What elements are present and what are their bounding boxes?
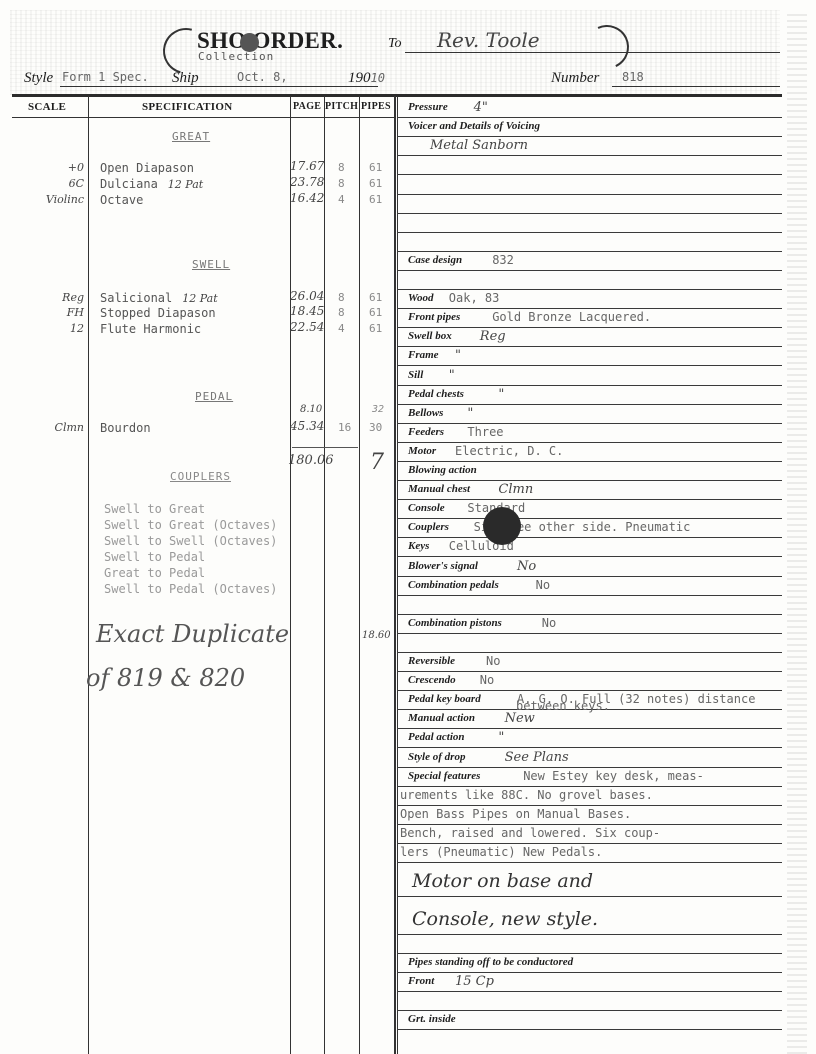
coupler-item: Great to Pedal	[104, 566, 205, 580]
detail-label: Pedal chests	[408, 388, 464, 400]
stop-page: 26.04	[290, 289, 324, 303]
column-header-underline	[12, 117, 394, 118]
detail-row	[397, 327, 782, 346]
to-underline	[405, 52, 780, 53]
column-divider	[359, 96, 360, 1054]
detail-value[interactable]: 15 Cp	[455, 974, 494, 989]
detail-value[interactable]: Electric, D. C.	[455, 444, 563, 458]
detail-label: Motor	[408, 445, 436, 457]
detail-row	[397, 174, 782, 193]
column-divider	[324, 96, 325, 1054]
section-heading-swell: SWELL	[192, 258, 230, 271]
stop-page: 18.45	[290, 304, 324, 318]
detail-value[interactable]: Gold Bronze Lacquered.	[492, 310, 651, 324]
detail-value-continued[interactable]: between keys.	[516, 699, 610, 713]
detail-value[interactable]: Oak, 83	[449, 291, 500, 305]
detail-value[interactable]: lers (Pneumatic) New Pedals.	[400, 845, 602, 859]
detail-value[interactable]: No	[542, 616, 556, 630]
detail-value[interactable]: No	[517, 559, 536, 574]
section-heading-great: GREAT	[172, 130, 210, 143]
detail-row	[397, 423, 782, 442]
handwritten-note: Exact Duplicate	[96, 620, 289, 648]
detail-label: Front	[408, 975, 434, 987]
year-value: 10	[371, 71, 385, 85]
punch-hole-icon	[483, 507, 521, 545]
column-header-pipes: PIPES	[361, 101, 391, 112]
column-header-page: PAGE	[293, 101, 321, 112]
detail-value[interactable]: 832	[492, 253, 514, 267]
detail-row	[397, 213, 782, 232]
style-underline	[60, 86, 378, 87]
stop-pipes: 61	[369, 322, 382, 335]
detail-row	[397, 194, 782, 213]
stop-scale: Reg	[12, 291, 84, 304]
detail-label: Front pipes	[408, 311, 460, 323]
year-field[interactable]: 19010	[348, 70, 385, 87]
detail-value[interactable]: "	[467, 406, 473, 421]
detail-value[interactable]: No	[486, 654, 500, 668]
detail-value[interactable]: Three	[467, 425, 503, 439]
stop-scale: 12	[12, 322, 84, 335]
detail-label: Blower's signal	[408, 560, 478, 572]
stop-name: Open Diapason	[100, 161, 194, 175]
detail-label: Reversible	[408, 655, 455, 667]
coupler-item: Swell to Pedal	[104, 550, 205, 564]
detail-value[interactable]: Metal Sanborn	[430, 138, 528, 153]
detail-value[interactable]: New Estey key desk, meas-	[523, 769, 704, 783]
stop-scale: Clmn	[12, 421, 84, 434]
stop-scale: FH	[12, 306, 84, 319]
detail-label: Pressure	[408, 101, 448, 113]
stop-page: 45.34	[290, 419, 324, 433]
detail-row	[397, 633, 782, 652]
stop-note: 12 Pat	[182, 292, 217, 305]
stop-page: 22.54	[290, 320, 324, 334]
detail-label: Style of drop	[408, 751, 465, 763]
stop-pitch: 8	[338, 177, 345, 190]
coupler-item: Swell to Great	[104, 502, 205, 516]
detail-row	[397, 270, 782, 289]
detail-value[interactable]: "	[449, 368, 455, 383]
detail-row	[397, 404, 782, 423]
stop-name: Bourdon	[100, 421, 151, 435]
detail-row	[397, 98, 782, 117]
totals-rule	[292, 447, 358, 448]
number-label: Number	[551, 70, 599, 87]
column-divider	[290, 96, 291, 1054]
stop-pitch: 8	[338, 161, 345, 174]
detail-value[interactable]: 4"	[474, 100, 488, 115]
stop-pipes: 30	[369, 421, 382, 434]
shop-order-form: SHO ORDER. Collection To Rev. Toole Styl…	[0, 0, 816, 1054]
style-label: Style	[24, 70, 53, 87]
detail-value[interactable]: See Plans	[505, 750, 569, 765]
detail-label: Swell box	[408, 330, 452, 342]
stop-name: Dulciana12 Pat	[100, 177, 203, 191]
stop-pipes-subtotal: 32	[372, 404, 384, 415]
detail-label: Special features	[408, 770, 480, 782]
detail-value[interactable]: No	[480, 673, 494, 687]
pipes-total: 7	[370, 450, 384, 475]
detail-label: Keys	[408, 540, 429, 552]
detail-row	[397, 155, 782, 174]
detail-label: Case design	[408, 254, 462, 266]
column-header-specification: SPECIFICATION	[142, 101, 233, 113]
detail-label: Grt. inside	[408, 1013, 456, 1025]
detail-label: Blowing action	[408, 464, 477, 476]
to-field[interactable]: Rev. Toole	[437, 28, 540, 52]
detail-label: Voicer and Details of Voicing	[408, 120, 540, 132]
detail-row	[397, 595, 782, 614]
stop-pitch: 4	[338, 193, 345, 206]
ship-label: Ship	[172, 70, 199, 87]
detail-label: Console	[408, 502, 445, 514]
ship-field[interactable]: Oct. 8,	[237, 70, 288, 84]
column-header-pitch: PITCH	[325, 101, 358, 112]
detail-value[interactable]: "	[498, 387, 504, 402]
detail-label: Frame	[408, 349, 439, 361]
to-label: To	[388, 36, 402, 52]
detail-label: Pedal key board	[408, 693, 481, 705]
detail-label: Bellows	[408, 407, 443, 419]
detail-label: Manual chest	[408, 483, 470, 495]
stop-page: 23.78	[290, 175, 324, 189]
stop-pitch: 16	[338, 421, 351, 434]
column-header-scale: SCALE	[28, 101, 66, 113]
detail-value[interactable]: No	[536, 578, 550, 592]
section-heading-couplers: COUPLERS	[170, 470, 231, 483]
detail-label: Couplers	[408, 521, 449, 533]
stop-pitch: 4	[338, 322, 345, 335]
stop-pipes: 61	[369, 306, 382, 319]
section-heading-pedal: PEDAL	[195, 390, 233, 403]
detail-row-rule	[397, 1029, 782, 1030]
coupler-item: Swell to Swell (Octaves)	[104, 534, 277, 548]
detail-label: Combination pedals	[408, 579, 499, 591]
typed-sub-label: Collection	[198, 50, 274, 63]
detail-value[interactable]: New	[505, 711, 535, 726]
pipes-note: 18.60	[362, 630, 391, 641]
page-total: 180.06	[288, 453, 334, 468]
handwritten-note: of 819 & 820	[86, 664, 245, 692]
stop-scale: Violinc	[12, 193, 84, 206]
detail-label: Combination pistons	[408, 617, 502, 629]
coupler-item: Swell to Great (Octaves)	[104, 518, 277, 532]
number-underline	[612, 86, 780, 87]
detail-label: Manual action	[408, 712, 475, 724]
detail-value[interactable]: "	[455, 348, 461, 363]
column-divider	[88, 96, 89, 1054]
detail-row	[397, 934, 782, 953]
scan-edge	[787, 10, 807, 1054]
stop-scale: 6C	[12, 177, 84, 190]
detail-row	[397, 991, 782, 1010]
stop-page: 17.67	[290, 159, 324, 173]
stop-name: Salicional12 Pat	[100, 291, 218, 305]
detail-value[interactable]: Reg	[480, 329, 506, 344]
year-prefix: 190	[348, 70, 371, 86]
stop-name: Flute Harmonic	[100, 322, 201, 336]
stop-pitch: 8	[338, 306, 345, 319]
detail-value[interactable]: urements like 88C. No grovel bases.	[400, 788, 653, 802]
detail-value[interactable]: Clmn	[498, 482, 533, 497]
style-field[interactable]: Form 1 Spec.	[62, 70, 149, 84]
detail-value[interactable]: Open Bass Pipes on Manual Bases.	[400, 807, 631, 821]
stop-page-subtotal: 8.10	[300, 404, 322, 415]
stop-name: Stopped Diapason	[100, 306, 216, 320]
detail-value[interactable]: Motor on base and	[412, 870, 593, 892]
detail-label: Sill	[408, 369, 423, 381]
detail-value[interactable]: "	[498, 730, 504, 745]
stop-name: Octave	[100, 193, 143, 207]
detail-row	[397, 499, 782, 518]
detail-label: Feeders	[408, 426, 444, 438]
stop-pipes: 61	[369, 193, 382, 206]
column-divider	[394, 96, 396, 1054]
stop-note: 12 Pat	[168, 178, 203, 191]
stop-pitch: 8	[338, 291, 345, 304]
detail-label: Crescendo	[408, 674, 456, 686]
stop-scale: +0	[12, 161, 84, 174]
detail-value[interactable]: Bench, raised and lowered. Six coup-	[400, 826, 660, 840]
stop-page: 16.42	[290, 191, 324, 205]
detail-value[interactable]: Console, new style.	[412, 908, 598, 930]
detail-label: Wood	[408, 292, 433, 304]
stop-pipes: 61	[369, 161, 382, 174]
detail-row	[397, 232, 782, 251]
detail-label: Pipes standing off to be conductored	[408, 956, 573, 968]
detail-label: Pedal action	[408, 731, 465, 743]
coupler-item: Swell to Pedal (Octaves)	[104, 582, 277, 596]
number-field[interactable]: 818	[622, 70, 644, 84]
stop-pipes: 61	[369, 291, 382, 304]
stop-pipes: 61	[369, 177, 382, 190]
